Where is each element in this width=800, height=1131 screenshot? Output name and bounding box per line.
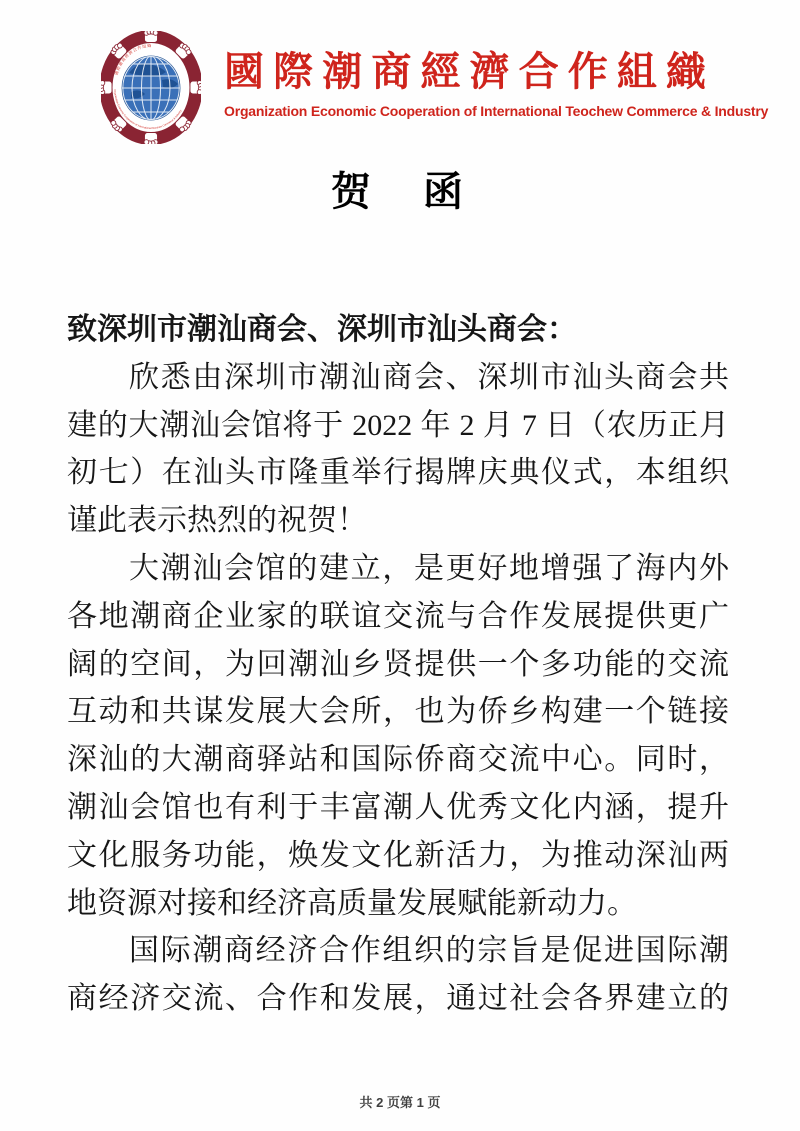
body-line: 商经济交流、合作和发展，通过社会各界建立的: [67, 975, 729, 1023]
body-line: 互动和共谋发展大会所，也为侨乡构建一个链接: [67, 688, 729, 736]
body-line: 大潮汕会馆的建立，是更好地增强了海内外: [67, 545, 729, 593]
letterhead: 國際潮商經濟合作組織 Organization Economic Coopera…: [0, 0, 800, 160]
body-line: 阔的空间，为回潮汕乡贤提供一个多功能的交流: [67, 641, 729, 689]
letter-page: 國際潮商經濟合作組織 Organization Economic Coopera…: [0, 0, 800, 1131]
org-name-block: 國際潮商經濟合作組織 Organization Economic Coopera…: [224, 49, 706, 119]
org-name-english: Organization Economic Cooperation of Int…: [224, 103, 706, 119]
page-indicator: 共 2 页第 1 页: [360, 1095, 441, 1110]
body-line: 各地潮商企业家的联谊交流与合作发展提供更广: [67, 593, 729, 641]
body-line: 文化服务功能，焕发文化新活力，为推动深汕两: [67, 832, 729, 880]
body-line: 深汕的大潮商驿站和国际侨商交流中心。同时，: [67, 736, 729, 784]
page-footer: 共 2 页第 1 页: [0, 1092, 800, 1111]
salutation: 致深圳市潮汕商会、深圳市汕头商会：: [67, 306, 729, 354]
org-name-chinese: 國際潮商經濟合作組織: [224, 49, 706, 95]
org-logo: 國際潮商經濟合作組織 Organization Economic Coopera…: [101, 31, 201, 144]
body-lines: 欣悉由深圳市潮汕商会、深圳市汕头商会共建的大潮汕会馆将于 2022 年 2 月 …: [67, 354, 729, 1023]
body-line: 建的大潮汕会馆将于 2022 年 2 月 7 日（农历正月: [67, 402, 729, 450]
body-line: 潮汕会馆也有利于丰富潮人优秀文化内涵，提升: [67, 784, 729, 832]
letter-title: 贺 函: [0, 170, 800, 214]
org-emblem-icon: 國際潮商經濟合作組織 Organization Economic Coopera…: [101, 31, 201, 144]
body-line: 欣悉由深圳市潮汕商会、深圳市汕头商会共: [67, 354, 729, 402]
body-line: 谨此表示热烈的祝贺！: [67, 497, 729, 545]
body-line: 地资源对接和经济高质量发展赋能新动力。: [67, 880, 729, 928]
body-line: 国际潮商经济合作组织的宗旨是促进国际潮: [67, 927, 729, 975]
letter-body: 致深圳市潮汕商会、深圳市汕头商会： 欣悉由深圳市潮汕商会、深圳市汕头商会共建的大…: [67, 306, 729, 1023]
body-line: 初七）在汕头市隆重举行揭牌庆典仪式，本组织: [67, 449, 729, 497]
